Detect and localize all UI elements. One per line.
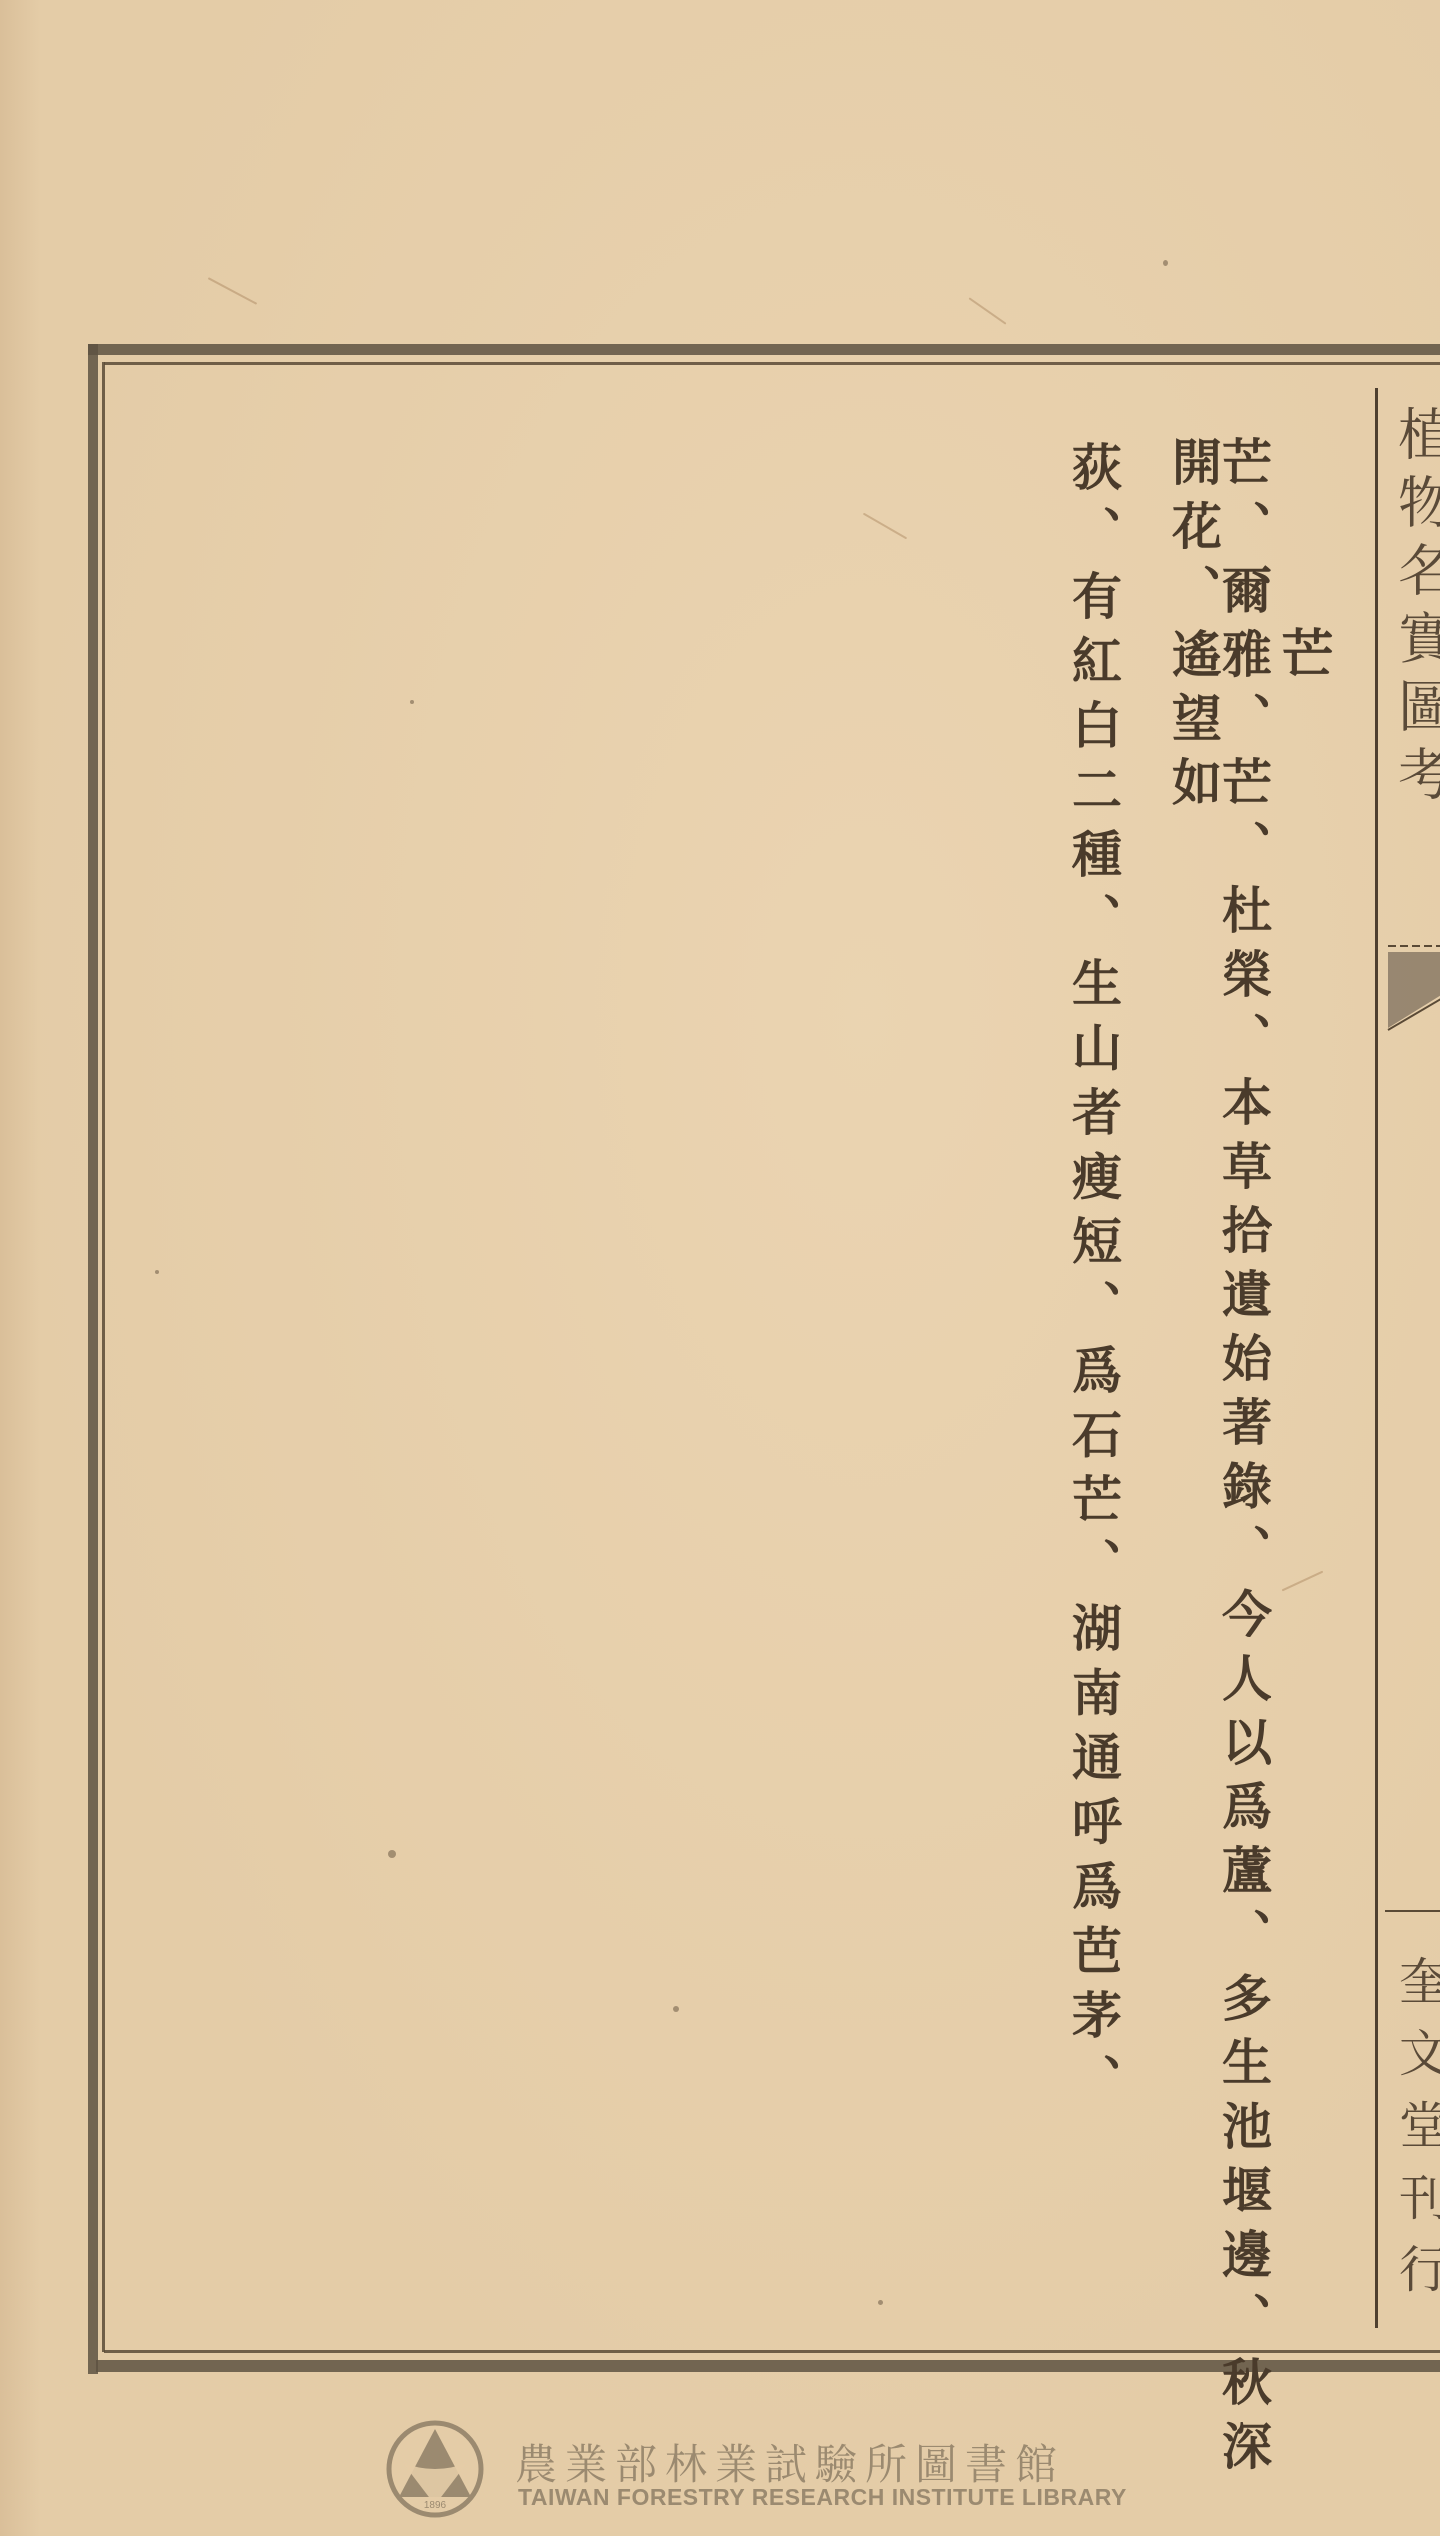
paper-speck [1163, 260, 1168, 266]
frame-inner-top [104, 362, 1440, 365]
frame-inner-left [102, 362, 105, 2352]
margin-book-title: 植物名實圖考 [1393, 405, 1440, 813]
publisher-divider-line [1385, 1910, 1440, 1912]
entry-heading: 芒 [1276, 626, 1328, 678]
text-column-2: 荻、有紅白二種、生山者瘦短、爲石芒、湖南通呼爲芭茅、 [1068, 441, 1118, 2118]
paper-speck [673, 2006, 679, 2012]
library-name-english: TAIWAN FORESTRY RESEARCH INSTITUTE LIBRA… [518, 2484, 1127, 2511]
library-name-chinese: 農業部林業試驗所圖書館 [515, 2432, 1065, 2492]
text-column-1: 芒、爾雅、芒、杜榮、本草拾遺始著錄、今人以爲蘆、多生池堰邊、秋深開花、遙望如 [1168, 436, 1268, 2536]
paper-speck [410, 700, 414, 704]
frame-outer-left [88, 344, 98, 2374]
fishtail-icon [1386, 944, 1440, 1034]
frame-outer-top [88, 344, 1440, 355]
seal-year: 1896 [424, 2500, 447, 2511]
center-fold-rule-line [1375, 388, 1378, 2328]
paper-speck [388, 1850, 396, 1858]
publisher-imprint: 奎文堂刊行 [1395, 1955, 1440, 2315]
institute-seal-icon: 1896 [373, 2405, 497, 2529]
paper-speck [155, 1270, 159, 1274]
paper-speck [878, 2300, 883, 2305]
